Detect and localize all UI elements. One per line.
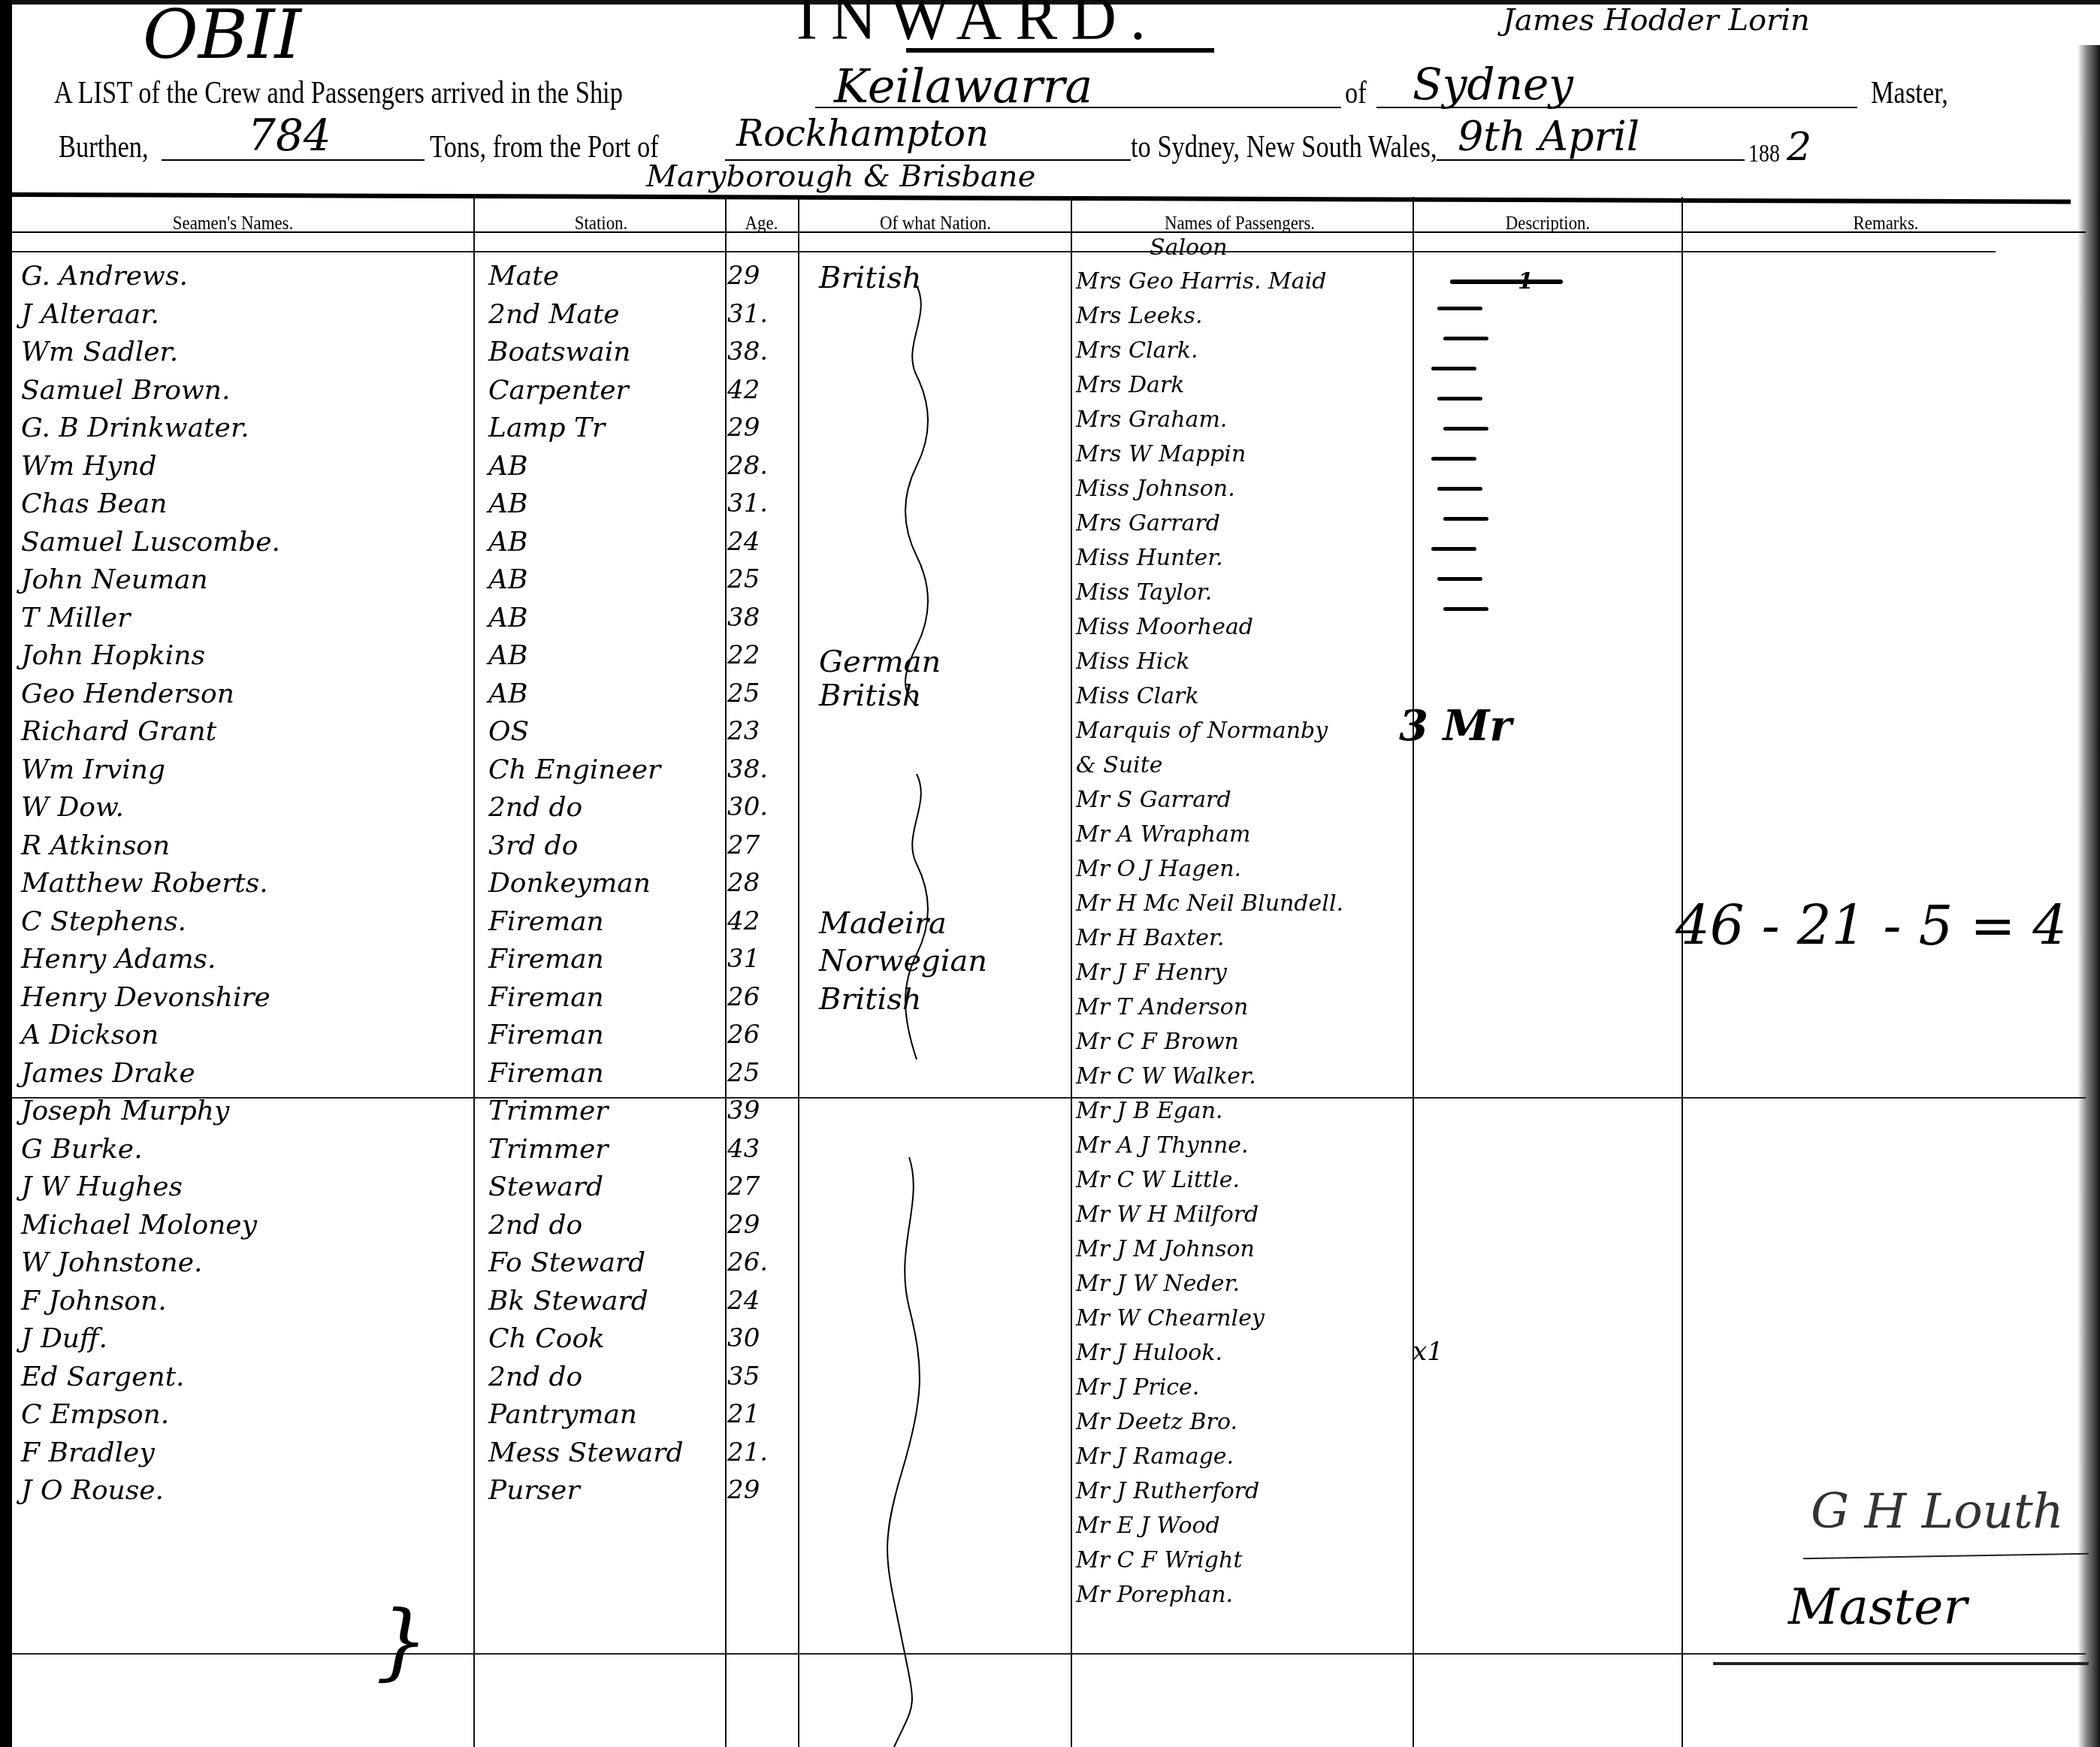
seaman-age: 43 — [727, 1136, 760, 1162]
burthen-tons: 784 — [248, 110, 331, 161]
seaman-age: 26 — [727, 1022, 760, 1047]
seaman-age: 25 — [727, 681, 760, 706]
passenger-name: Mr C W Walker. — [1076, 1065, 1256, 1088]
year-printed: 188 — [1748, 140, 1780, 168]
passenger-name: Mr W Chearnley — [1076, 1307, 1265, 1330]
seaman-station: AB — [488, 605, 527, 632]
seaman-station: Fireman — [488, 908, 604, 935]
passenger-name: Mr J M Johnson — [1076, 1238, 1255, 1261]
col-header-nation: Of what Nation. — [820, 212, 1051, 234]
seaman-name: Henry Devonshire — [21, 984, 270, 1011]
passenger-name: Mr J F Henry — [1076, 962, 1227, 984]
signature-title: Master — [1788, 1578, 1967, 1636]
seaman-name: Wm Hynd — [21, 453, 157, 480]
passenger-name: Mr A Wrapham — [1076, 824, 1250, 846]
reference-mark: OBII — [143, 0, 301, 74]
passenger-name: Mr A J Thynne. — [1076, 1135, 1249, 1157]
seaman-age: 26 — [727, 984, 760, 1010]
seaman-age: 38. — [727, 339, 768, 364]
description-ditto-dash — [1431, 367, 1476, 370]
seaman-name: G. B Drinkwater. — [21, 415, 249, 442]
seaman-age: 29 — [727, 1212, 760, 1238]
form-title: INWARD. — [796, 0, 1159, 55]
seaman-name: Geo Henderson — [21, 681, 234, 708]
seaman-age: 24 — [727, 529, 760, 555]
col-divider-age — [725, 197, 727, 1747]
seaman-age: 31. — [727, 491, 768, 516]
row-separator — [12, 1097, 2086, 1099]
of-label: of — [1345, 75, 1367, 111]
seaman-name: W Johnstone. — [21, 1250, 202, 1277]
passenger-name: Mrs Leeks. — [1076, 305, 1203, 328]
passenger-name: Mr H Baxter. — [1076, 927, 1225, 950]
col-header-passengers: Names of Passengers. — [1101, 212, 1379, 234]
list-intro-label: A LIST of the Crew and Passengers arrive… — [54, 75, 623, 111]
passenger-name: Mr E J Wood — [1076, 1515, 1220, 1537]
seaman-station: 3rd do — [488, 833, 578, 860]
seaman-name: J W Hughes — [21, 1174, 183, 1201]
sub-header-rule — [12, 251, 1996, 252]
col-header-remarks: Remarks. — [1721, 212, 2051, 234]
seaman-name: F Bradley — [21, 1440, 155, 1467]
description-count: 1 — [1518, 271, 1533, 293]
passenger-name: Mr S Garrard — [1076, 789, 1231, 812]
description-ditto-dash — [1431, 547, 1476, 551]
seaman-age: 22 — [727, 642, 760, 668]
seaman-name: Richard Grant — [21, 718, 216, 745]
seaman-name: John Neuman — [21, 567, 208, 594]
passenger-name: Mr J Price. — [1076, 1377, 1199, 1399]
col-header-description: Description. — [1442, 212, 1654, 234]
description-ditto-dash — [1437, 487, 1482, 491]
seaman-age: 42 — [727, 908, 760, 934]
bracket-mark: } — [376, 1593, 428, 1689]
ship-name: Keilawarra — [834, 59, 1092, 113]
passenger-name: Miss Clark — [1076, 685, 1199, 708]
passenger-name: Mrs Garrard — [1076, 512, 1220, 535]
from-port: Rockhampton — [736, 113, 989, 155]
seaman-name: Michael Moloney — [21, 1212, 257, 1239]
passenger-name: Mr J W Neder. — [1076, 1273, 1240, 1295]
arrival-date: 9th April — [1458, 113, 1639, 160]
seaman-station: 2nd do — [488, 1212, 582, 1239]
passenger-name: Miss Taylor. — [1076, 582, 1212, 604]
col-divider-station — [473, 197, 475, 1747]
passenger-name: Mrs W Mappin — [1076, 443, 1246, 466]
seaman-age: 27 — [727, 1174, 760, 1199]
seaman-station: Mate — [488, 263, 559, 290]
signature-baseline — [1713, 1662, 2089, 1665]
passenger-section-label: Saloon — [1150, 234, 1227, 261]
signature: G H Louth — [1811, 1484, 2064, 1540]
seaman-age: 38. — [727, 757, 768, 782]
seaman-age: 42 — [727, 377, 760, 403]
col-divider-passengers — [1071, 197, 1072, 1747]
col-divider-description — [1413, 197, 1414, 1747]
seaman-station: Trimmer — [488, 1098, 609, 1125]
passenger-name: Mr C W Little. — [1076, 1169, 1240, 1192]
master-label: Master, — [1871, 75, 1948, 111]
seaman-station: Carpenter — [488, 377, 629, 404]
passenger-name: Mr H Mc Neil Blundell. — [1076, 893, 1343, 915]
seaman-name: Joseph Murphy — [21, 1098, 229, 1125]
seaman-name: Samuel Brown. — [21, 377, 231, 404]
passenger-name: Mr J Rutherford — [1076, 1480, 1259, 1503]
col-header-station: Station. — [502, 212, 700, 234]
row-separator — [12, 1653, 2086, 1655]
seaman-name: C Stephens. — [21, 908, 186, 935]
tons-from-port-label: Tons, from the Port of — [430, 129, 659, 165]
description-ditto-dash — [1443, 337, 1488, 340]
description-ditto-dash — [1437, 577, 1482, 581]
ditto-wave-line — [887, 774, 947, 1059]
seaman-age: 29 — [727, 415, 760, 440]
passenger-name: Mr J B Egan. — [1076, 1100, 1223, 1123]
seaman-age: 31. — [727, 301, 768, 327]
title-underline — [906, 48, 1214, 53]
suite-count-mark: 3 Mr — [1399, 705, 1512, 747]
signature-underline — [1803, 1553, 2089, 1560]
seaman-station: 2nd Mate — [488, 301, 620, 328]
seaman-age: 25 — [727, 1060, 760, 1086]
seaman-name: A Dickson — [21, 1022, 159, 1049]
seaman-station: Trimmer — [488, 1136, 609, 1163]
seaman-age: 24 — [727, 1288, 760, 1313]
seaman-station: AB — [488, 529, 527, 556]
seaman-name: Matthew Roberts. — [21, 870, 268, 897]
seaman-name: James Drake — [21, 1060, 195, 1087]
seaman-name: Wm Sadler. — [21, 339, 178, 366]
seaman-station: Boatswain — [488, 339, 631, 366]
header-rule — [12, 192, 2071, 204]
seaman-age: 31 — [727, 946, 760, 972]
passenger-name: Miss Moorhead — [1076, 616, 1253, 639]
passenger-name: Miss Johnson. — [1076, 478, 1235, 500]
seaman-age: 28 — [727, 870, 760, 896]
seaman-name: Chas Bean — [21, 491, 168, 518]
seaman-station: AB — [488, 567, 527, 594]
seaman-name: John Hopkins — [21, 642, 205, 669]
seaman-age: 39 — [727, 1098, 760, 1123]
col-divider-nation — [798, 197, 799, 1747]
deetz-mark: x1 — [1413, 1339, 1443, 1365]
description-ditto-dash — [1431, 457, 1476, 461]
col-header-age: Age. — [730, 212, 793, 234]
passenger-name: & Suite — [1076, 754, 1163, 777]
seaman-age: 26. — [727, 1250, 768, 1275]
seaman-name: Samuel Luscombe. — [21, 529, 280, 556]
scan-left-edge — [0, 0, 12, 1747]
seaman-station: Fireman — [488, 1060, 604, 1087]
description-ditto-dash — [1443, 427, 1488, 431]
seaman-name: Wm Irving — [21, 757, 165, 784]
passenger-name: Mr Deetz Bro. — [1076, 1411, 1237, 1434]
col-divider-remarks — [1682, 197, 1683, 1747]
seaman-name: T Miller — [21, 605, 130, 632]
seaman-station: AB — [488, 491, 527, 518]
seaman-station: Fireman — [488, 984, 604, 1011]
passenger-name: Mrs Dark — [1076, 374, 1184, 397]
description-ditto-dash — [1443, 517, 1488, 521]
passenger-name: Miss Hick — [1076, 651, 1189, 673]
seaman-name: G Burke. — [21, 1136, 143, 1163]
seaman-station: Bk Steward — [488, 1288, 648, 1315]
ditto-wave-line — [872, 1157, 932, 1747]
seaman-name: J O Rouse. — [21, 1477, 164, 1504]
passenger-name: Mr C F Wright — [1076, 1549, 1242, 1572]
seaman-station: Fireman — [488, 1022, 604, 1049]
ditto-wave-line — [887, 286, 947, 706]
seaman-name: J Alteraar. — [21, 301, 159, 328]
passenger-name: Mr J Hulook. — [1076, 1342, 1222, 1365]
seaman-age: 23 — [727, 718, 760, 744]
passenger-name: Mr J Ramage. — [1076, 1446, 1234, 1468]
seaman-age: 25 — [727, 567, 760, 592]
seaman-station: AB — [488, 453, 527, 480]
passenger-name: Marquis of Normanby — [1076, 720, 1328, 742]
via-ports: Maryborough & Brisbane — [646, 159, 1035, 194]
seaman-station: 2nd do — [488, 794, 582, 821]
year-handwritten: 2 — [1787, 125, 1811, 170]
burthen-label: Burthen, — [59, 129, 149, 165]
seaman-age: 38 — [727, 605, 760, 630]
seaman-age: 30. — [727, 794, 768, 820]
seaman-station: Purser — [488, 1477, 580, 1504]
seaman-name: J Duff. — [21, 1325, 107, 1353]
passenger-name: Mr Porephan. — [1076, 1584, 1233, 1606]
passenger-name: Mr T Anderson — [1076, 996, 1248, 1019]
seaman-name: Ed Sargent. — [21, 1364, 185, 1391]
seaman-station: Steward — [488, 1174, 603, 1201]
seaman-age: 21 — [727, 1401, 760, 1427]
seaman-name: C Empson. — [21, 1401, 169, 1428]
seaman-station: Mess Steward — [488, 1440, 684, 1467]
passenger-name: Miss Hunter. — [1076, 547, 1223, 570]
seaman-name: Henry Adams. — [21, 946, 216, 973]
seaman-station: 2nd do — [488, 1364, 582, 1391]
seaman-name: F Johnson. — [21, 1288, 167, 1315]
passenger-name: Mrs Geo Harris. Maid — [1076, 271, 1327, 293]
seaman-name: W Dow. — [21, 794, 124, 821]
seaman-station: Ch Engineer — [488, 757, 660, 784]
seaman-age: 27 — [727, 833, 760, 858]
seaman-station: AB — [488, 681, 527, 708]
seaman-station: Fireman — [488, 946, 604, 973]
seaman-age: 21. — [727, 1440, 768, 1465]
col-header-seamen-names: Seamen's Names. — [68, 212, 398, 234]
description-ditto-dash — [1443, 607, 1488, 611]
seaman-station: Ch Cook — [488, 1325, 605, 1353]
seaman-age: 30 — [727, 1325, 760, 1351]
seaman-age: 35 — [727, 1364, 760, 1389]
remarks-tally: 46 - 21 - 5 = 4 — [1675, 894, 2067, 957]
description-ditto-mark — [1450, 280, 1563, 284]
seaman-station: Donkeyman — [488, 870, 651, 897]
passenger-name: Mr C F Brown — [1076, 1031, 1239, 1053]
master-name: James Hodder Lorin — [1503, 3, 1810, 38]
description-ditto-dash — [1437, 397, 1482, 400]
seaman-station: Lamp Tr — [488, 415, 605, 442]
seaman-name: R Atkinson — [21, 833, 170, 860]
seaman-name: G. Andrews. — [21, 263, 188, 290]
ship-port: Sydney — [1413, 59, 1573, 110]
passenger-name: Mr W H Milford — [1076, 1204, 1258, 1226]
seaman-age: 29 — [727, 1477, 760, 1503]
passenger-name: Mr O J Hagen. — [1076, 858, 1241, 881]
seaman-station: AB — [488, 642, 527, 669]
seaman-age: 28. — [727, 453, 768, 479]
seaman-station: Pantryman — [488, 1401, 637, 1428]
passenger-name: Mrs Graham. — [1076, 409, 1227, 431]
description-ditto-dash — [1437, 307, 1482, 310]
to-sydney-label: to Sydney, New South Wales, — [1131, 129, 1437, 165]
seaman-station: Fo Steward — [488, 1250, 645, 1277]
seaman-age: 29 — [727, 263, 760, 289]
seaman-station: OS — [488, 718, 529, 745]
scan-right-edge — [2077, 45, 2100, 1747]
passenger-name: Mrs Clark. — [1076, 340, 1198, 362]
